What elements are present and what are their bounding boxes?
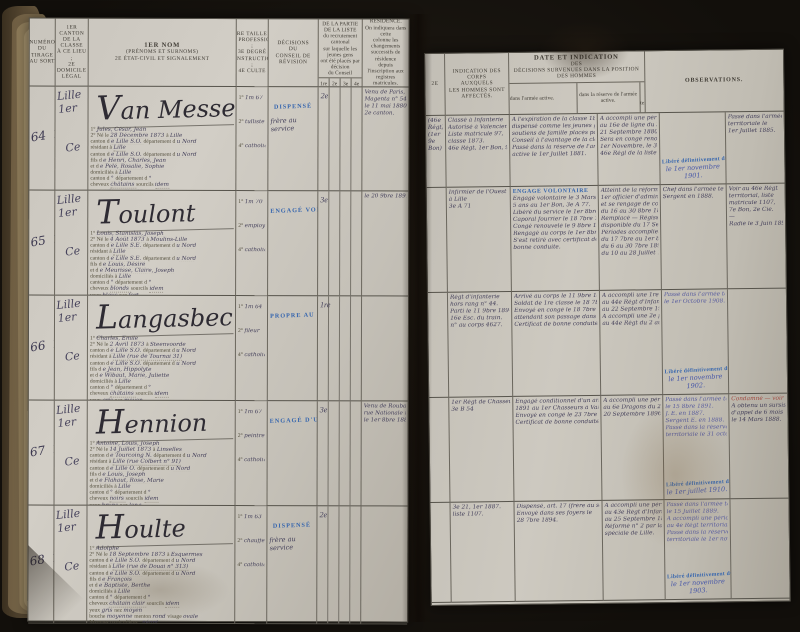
- surname-initial: T: [96, 192, 119, 232]
- corps-line: Infirmier de l'Ouest: [449, 189, 508, 197]
- cell-numero: 65114: [29, 191, 55, 296]
- liberation-stamp: Libéré définitivement du service militai…: [662, 156, 724, 183]
- territorial-line: le 1er Octobre 1908.: [664, 298, 725, 306]
- cell-territoriale: Chef dans l'armée territoriale.Sergent e…: [661, 184, 728, 290]
- civil-label: département d: [115, 176, 148, 182]
- indication-subcell: [350, 506, 360, 623]
- indication-subcell: [329, 401, 340, 505]
- cell-armee-active: Arrivé au corps le 11 9bre 1894.Soldat d…: [512, 291, 601, 397]
- cell-indication: 3e: [318, 191, 362, 296]
- observation-line: 1er Juillet 1885.: [728, 128, 782, 136]
- header-line: du tirage: [30, 46, 55, 58]
- liberation-stamp: Libéré définitivement du service militai…: [664, 366, 726, 393]
- header-line: 4e CULTE: [237, 68, 269, 74]
- cell-residence: le 20 9bre 1891.: [362, 191, 408, 296]
- active-line: 28 7bre 1894.: [517, 517, 600, 525]
- civil-value: idem: [154, 391, 168, 397]
- corps-line: 1er Régt de Chasseurs: [451, 399, 510, 407]
- register-row: Régt d'infanteriehors rang n° 44.Parti l…: [428, 289, 787, 398]
- header-line: RÉSIDENCE.: [365, 19, 407, 25]
- cell-taille-culte: 1° 1m 672° peintre4° catholique: [236, 401, 268, 506]
- subheader-armee-active: dans l'armée active.: [509, 83, 577, 114]
- header-line: ont été placés par décision: [319, 58, 362, 71]
- cell-corps: 1er Régt de Chasseurs3e B 54: [449, 397, 514, 503]
- item-value: 1m 67: [245, 95, 263, 101]
- cell-observations: Voir au 46e Régtterritorial, listematric…: [727, 184, 786, 290]
- indication-subcells: 1re: [318, 296, 361, 400]
- cell-armee-active: À l'expiration de la classe 1877 a étédi…: [510, 114, 599, 187]
- indication-subcell: [351, 296, 361, 400]
- cell-reserve: A accompli une période d'exercicesau 43e…: [602, 500, 665, 601]
- cell-indication: 2e: [317, 506, 361, 624]
- civil-label: canton d: [90, 280, 111, 286]
- col-header-taille: 1re TAILLE ;2e PROFESSION ;3e DEGRÉD'INS…: [237, 19, 269, 87]
- cell-liste-suite: [430, 503, 451, 603]
- canton-mark-top: Lille 1er: [56, 191, 87, 220]
- civil-label: canton d: [89, 595, 110, 601]
- num-tirage: 64: [30, 128, 47, 144]
- indication-subcell: 3e: [340, 401, 351, 505]
- civil-value: u Nord: [176, 256, 196, 262]
- indication-subcells: 3e: [318, 191, 361, 295]
- reserve-line: du 10 au 28 Juillet 1893.: [601, 250, 658, 258]
- cell-armee-active: Dispensé, art. 17 (frère au service).Env…: [514, 501, 603, 602]
- cell-canton: Lille 1erCe: [55, 87, 88, 191]
- civil-value: idem: [144, 496, 158, 502]
- civil-label: 2° Né le: [90, 342, 110, 348]
- civil-label: département d: [142, 570, 175, 576]
- cell-etat-civil: Hennion1° Antoine, Louis, Joseph 2° Né l…: [88, 401, 236, 506]
- item-value: catholique: [244, 352, 265, 358]
- civil-label: résidant à: [90, 354, 113, 360]
- civil-value: u Nord: [176, 243, 196, 249]
- cell-territoriale: Passé dans l'armée territorialele 1er Oc…: [662, 289, 729, 395]
- register-row: 64113Lille 1erCeVan Messen1° Jules, Césa…: [29, 87, 408, 192]
- indication-mark: 2e: [321, 91, 329, 100]
- civil-label: département d: [115, 280, 148, 286]
- taille-item: 2° fileur: [238, 328, 265, 334]
- header-line: INDICATION DES CORPS: [447, 68, 506, 81]
- cell-etat-civil: Houlte1° Adolphe 2° Né le 18 Septembre 1…: [87, 506, 235, 624]
- civil-label: canton d: [90, 348, 111, 354]
- canton-mark-bottom: Ce: [65, 140, 86, 155]
- civil-label: canton d: [89, 558, 110, 564]
- subheader-reserve: dans la réserve de l'armée active.: [577, 82, 640, 113]
- surname-initial: L: [96, 297, 119, 337]
- draw-numbers: 67116: [29, 435, 55, 459]
- active-line: bonne conduite.: [513, 244, 596, 252]
- taille-item: 2° chauffeur: [237, 538, 264, 544]
- civil-label: canton d: [90, 385, 111, 391]
- header-line: 2e ÉTAT-CIVIL ET SIGNALEMENT: [115, 55, 209, 61]
- header-line: sur laquelle les jeunes gens: [319, 46, 362, 59]
- item-value: peintre: [244, 433, 265, 439]
- corps-line: 3e B 54: [451, 406, 510, 414]
- item-value: fileur: [244, 328, 259, 334]
- cell-residence: Venu de Paris, boulevardMagenta n° 54,le…: [362, 87, 408, 191]
- header-line: 2e PROFESSION ;: [237, 37, 269, 50]
- active-line: Certificat de bonne conduite accordé.: [514, 321, 597, 329]
- liberation-stamp-date: le 1er novembre 1902.: [665, 372, 727, 391]
- cell-liste-suite: (46e Régt)(1er 9e Bon): [426, 116, 447, 188]
- liberation-stamp: Libéré définitivement du service militai…: [667, 571, 729, 598]
- decision-stamp: DISPENSÉ: [269, 521, 314, 529]
- right-page: 2e INDICATION DES CORPSauxquelsles homme…: [424, 49, 791, 606]
- cell-decision: ENGAGÉ VOLONTAIRE: [268, 191, 318, 296]
- indication-subcell: [318, 191, 329, 295]
- civil-label: domiciliés à: [90, 170, 119, 176]
- col-header-indication: INDICATIONDE LA PARTIE DE LA LISTEdu rec…: [319, 19, 363, 87]
- cell-reserve: A accompli une période d'exercicesau 16e…: [598, 113, 661, 186]
- civil-label: département d: [142, 558, 175, 564]
- civil-value: u Nord: [177, 152, 197, 158]
- indication-subcell: [351, 191, 361, 295]
- active-line: Certificat de bonne conduite accordé.: [515, 419, 598, 427]
- num-tirage: 67: [29, 443, 46, 459]
- canton-mark-bottom: Ce: [64, 559, 85, 574]
- header-line: les hommes sont affectés.: [447, 87, 506, 100]
- col-header-observations: OBSERVATIONS.: [644, 50, 783, 114]
- indication-subcells: 2e: [317, 506, 360, 623]
- canton-mark-bottom: Ce: [64, 454, 85, 469]
- territorial-line: Sergent en 1888.: [663, 193, 724, 201]
- indication-subcell: [318, 401, 329, 505]
- reserve-line: spéciale de Lille.: [605, 530, 662, 538]
- civil-label: département d: [115, 490, 148, 496]
- civil-label: canton d: [89, 570, 110, 576]
- indication-mark: 2e: [319, 510, 327, 519]
- civil-label: sourcils: [126, 496, 145, 502]
- civil-label: et d: [90, 373, 100, 379]
- cell-reserve: Atteint de la réforme le 2 Juillet 1886.…: [599, 185, 662, 291]
- col-header-canton: 1er CANTONde la classeà ce lieu ;2e DOMI…: [56, 19, 89, 87]
- indication-subcell: [340, 296, 351, 400]
- civil-label: 2° Né le: [89, 552, 109, 558]
- header-line: de la classe: [57, 37, 87, 49]
- civil-label: résidant à: [90, 459, 113, 465]
- civil-value: u Nord: [176, 571, 196, 577]
- civil-value: idem: [150, 286, 164, 292]
- header-line: 2e DOMICILE: [57, 61, 87, 73]
- cell-residence: [361, 506, 407, 624]
- observation-line: le 14 Mars 1888.: [731, 417, 785, 425]
- header-line: successifs de résidence: [365, 50, 407, 63]
- cell-indication: 2e: [318, 87, 362, 191]
- header-line: depuis l'inscription aux: [365, 62, 407, 75]
- civil-label: et d: [90, 164, 100, 170]
- indication-subcell: 1re: [318, 296, 329, 400]
- corps-line: n° au corps 4627.: [450, 322, 509, 330]
- indication-subcell: [329, 191, 340, 295]
- decision-stamp: ENGAGÉ D'UN AN: [270, 416, 315, 424]
- left-header-row: NUMÉROdu tirageau sort 1er CANTONde la c…: [30, 19, 409, 88]
- canton-mark-bottom: Ce: [65, 244, 86, 259]
- cell-corps: 3e 21, 1er 1887.liste 1107.: [450, 502, 515, 603]
- cell-canton: Lille 1erCe: [55, 191, 88, 296]
- col-header-nom: 1er NOM (PRÉNOMS ET SURNOMS)2e ÉTAT-CIVI…: [89, 19, 237, 87]
- civil-value: Lille: [113, 145, 125, 151]
- taille-item: 2° tulliste: [239, 119, 266, 125]
- taille-item: 4° catholique: [237, 562, 264, 568]
- indication-mark: 3e: [320, 195, 328, 204]
- item-value: 1m 70: [245, 199, 263, 205]
- decision-note: frère au service: [269, 534, 315, 552]
- civil-label: domiciliés à: [89, 589, 118, 595]
- civil-label: canton d: [90, 243, 111, 249]
- territorial-line: territoriale le 31 octobre 1910.: [666, 431, 727, 439]
- cell-taille-culte: 1° 1m 632° chauffeur4° catholique: [235, 506, 267, 624]
- civil-value: Lille: [113, 249, 125, 255]
- civil-label: menton: [134, 613, 152, 619]
- cell-armee-active: Engagé conditionnel d'un an le 9 9bre189…: [513, 396, 602, 502]
- cell-observations: [728, 289, 787, 395]
- item-value: catholique: [245, 143, 266, 149]
- reserve-line: 20 Septembre 1896.: [603, 411, 660, 419]
- civil-label: cheveux: [90, 286, 110, 292]
- civil-label: cheveux: [90, 182, 110, 188]
- surname-handwritten: Van Messen: [96, 87, 234, 129]
- indication-subcell: 2e: [329, 87, 340, 190]
- cell-armee-active: ENGAGÉ VOLONTAIREEngagé volontaire le 3 …: [511, 186, 600, 292]
- item-value: 1m 67: [244, 409, 262, 415]
- taille-item: 1° 1m 63: [237, 514, 264, 520]
- civil-value: idem: [165, 601, 179, 607]
- civil-label: et d: [90, 478, 100, 484]
- register-row: 1er Régt de Chasseurs3e B 54Engagé condi…: [429, 394, 788, 503]
- indication-subcell: [339, 506, 350, 623]
- header-line: colonne les changements: [365, 37, 407, 50]
- canton-mark-top: Lille 1er: [55, 506, 86, 535]
- surname-handwritten: Langasbecq: [96, 296, 234, 338]
- decision-stamp: ENGAGÉ VOLONTAIRE: [270, 206, 315, 214]
- civil-label: et d: [89, 583, 99, 589]
- cell-taille-culte: 1° 1m 672° tulliste4° catholique: [236, 87, 268, 191]
- draw-numbers: 64113: [30, 121, 56, 145]
- header-line: On indiquera dans cette: [365, 25, 407, 38]
- civil-line: Marques particulières : néant: [89, 620, 232, 625]
- civil-label: 2° Né le: [90, 447, 110, 453]
- header-line: 1er CANTON: [57, 24, 87, 36]
- cell-decision: DISPENSÉfrère au service: [268, 87, 318, 191]
- civil-label: fils d: [90, 261, 103, 267]
- active-line: Envoyé dans ses foyers le: [517, 510, 600, 518]
- civil-label: canton d: [90, 139, 111, 145]
- cell-residence: [362, 296, 408, 401]
- num-tirage: 66: [29, 338, 46, 354]
- civil-label: canton d: [90, 151, 111, 157]
- header-line: CONSEIL DE RÉVISION: [271, 53, 316, 66]
- surname-initial: H: [95, 402, 125, 442]
- col-header-corps: INDICATION DES CORPSauxquelsles hommes s…: [445, 53, 510, 116]
- taille-item: 1° 1m 64: [238, 304, 265, 310]
- cell-numero: 67116: [29, 401, 55, 506]
- header-line: D'INSTRUCTION ;: [237, 56, 269, 69]
- col-header-date-indication: DATE ET INDICATION desDÉCISIONS SURVENUE…: [509, 51, 645, 115]
- taille-item: 4° catholique: [238, 143, 265, 149]
- decision-stamp: DISPENSÉ: [270, 102, 315, 110]
- civil-label: domiciliés à: [90, 274, 119, 280]
- civil-value: u Nord: [187, 453, 207, 459]
- indication-mark: 1re: [320, 300, 330, 309]
- taille-item: 4° catholique: [238, 457, 265, 463]
- register-row: 3e 21, 1er 1887.liste 1107.Dispensé, art…: [430, 499, 789, 603]
- cell-taille-culte: 1° 1m 702° employé4° catholique: [236, 191, 268, 296]
- civil-label: canton d: [90, 360, 111, 366]
- header-line: 3e DEGRÉ: [237, 49, 269, 55]
- liste-note: (1er 9e Bon): [428, 132, 443, 153]
- civil-label: département d: [143, 243, 176, 249]
- header-line: (PRÉNOMS ET SURNOMS): [115, 49, 209, 55]
- item-value: 1m 64: [244, 304, 262, 310]
- cell-decision: DISPENSÉfrère au service: [267, 506, 317, 624]
- cell-territoriale: Passé dans l'armée territorialele 15 Jui…: [664, 499, 731, 600]
- civil-label: et d: [90, 268, 100, 274]
- cell-numero: 66115: [29, 296, 55, 401]
- civil-label: fils d: [90, 366, 103, 372]
- civil-label: domiciliés à: [90, 379, 119, 385]
- cell-decision: PROPRE AU SERVICE: [268, 296, 318, 401]
- col-header-liste-suite: 2e: [425, 54, 446, 116]
- civil-label: domiciliés à: [90, 484, 119, 490]
- civil-label: cheveux: [90, 391, 110, 397]
- left-entries: 64113Lille 1erCeVan Messen1° Jules, Césa…: [28, 87, 408, 625]
- surname-handwritten: Houlte: [95, 506, 233, 548]
- civil-label: 2° Né le: [90, 237, 110, 243]
- header-line: registres matricules.: [365, 75, 407, 88]
- item-value: catholique: [244, 562, 265, 568]
- taille-item: 2° employé: [238, 223, 265, 229]
- civil-label: résidant à: [90, 249, 113, 255]
- indication-subcell: 3e: [340, 191, 351, 295]
- civil-label: nez: [114, 607, 123, 613]
- civil-label: département d: [115, 385, 148, 391]
- civil-label: canton d: [90, 465, 111, 471]
- liberation-stamp-date: le 1er novembre 1901.: [662, 162, 724, 181]
- indication-subcolumns: 1re2e3e4e: [319, 77, 362, 88]
- civil-label: sourcils: [136, 391, 155, 397]
- taille-item: 4° catholique: [238, 352, 265, 358]
- cell-reserve: A accompli une 1re période d'exercicesau…: [600, 290, 663, 396]
- indication-subcell: 2e: [328, 506, 339, 623]
- cell-corps: Régt d'infanteriehors rang n° 44.Parti l…: [448, 292, 513, 398]
- civil-label: canton d: [90, 255, 111, 261]
- cell-taille-culte: 1° 1m 642° fileur4° catholique: [236, 296, 268, 401]
- cell-corps: Classé à InfanterieAutorisé à Valencienn…: [446, 115, 511, 188]
- civil-label: canton d: [90, 490, 111, 496]
- civil-value: idem: [155, 182, 169, 188]
- reserve-line: 46e Régl de la liste matricule 1107.: [600, 150, 657, 158]
- header-line: du recrutement cantonal: [319, 33, 362, 46]
- territorial-line: territoriale le 1er novembre 1897.: [667, 536, 728, 544]
- corps-line: 3e A 71: [449, 203, 508, 211]
- indication-subcell: [340, 87, 351, 190]
- cell-decision: ENGAGÉ D'UN AN: [268, 401, 318, 506]
- col-header-residence: RÉSIDENCE.On indiquera dans cettecolonne…: [363, 19, 409, 87]
- indication-subcol-header: 1re: [319, 78, 330, 88]
- cell-indication: 1re: [318, 296, 362, 401]
- civil-label: département d: [143, 139, 176, 145]
- cell-liste-suite: [429, 398, 450, 503]
- indication-subcell: [351, 87, 361, 190]
- civil-value: u Nord: [176, 361, 196, 367]
- liberation-stamp-date: le 1er novembre 1903.: [667, 577, 729, 596]
- indication-subcell: [317, 506, 328, 623]
- header-line: au sort: [30, 58, 55, 64]
- draw-numbers: 66115: [29, 330, 55, 354]
- taille-item: 1° 1m 67: [238, 409, 265, 415]
- right-header-row: 2e INDICATION DES CORPSauxquelsles homme…: [425, 50, 784, 116]
- observation-line: Radié le 3 Juin 1895.: [729, 221, 783, 229]
- cell-numero: 64113: [29, 87, 55, 191]
- civil-label: département d: [143, 360, 176, 366]
- indication-subcells: 3e: [318, 401, 361, 505]
- indication-subcell: [318, 87, 329, 190]
- indication-subcol-header: 2e: [330, 78, 341, 88]
- cell-residence: Venu de Roubaix,rue Nationale n° 7,le 1e…: [362, 401, 408, 506]
- civil-label: cheveux: [89, 601, 109, 607]
- draw-numbers: 65114: [30, 225, 56, 249]
- civil-value: néant: [142, 620, 158, 624]
- residence-line: le 20 9bre 1891.: [364, 193, 406, 200]
- corps-line: 46e Régt, 1er Bon, 9e Cie.: [448, 145, 507, 153]
- cell-observations: Passé dans l'arméeterritoriale le1er Jui…: [726, 112, 785, 185]
- surname-initial: V: [96, 88, 121, 128]
- register-row: (46e Régt)(1er 9e Bon)Classé à Infanteri…: [426, 112, 785, 188]
- header-line: DÉCISIONS SURVENUES DANS LA POSITION DES…: [509, 66, 644, 80]
- cell-etat-civil: Langasbecq1° Charles, Émile 2° Né le 2 A…: [88, 296, 236, 401]
- item-value: catholique: [244, 457, 265, 463]
- civil-label: sourcils: [131, 286, 150, 292]
- register-row: 65114Lille 1erCeToulont1° Louis, Stanisl…: [29, 191, 408, 297]
- indication-subcell: [329, 296, 340, 400]
- col-header-numero: NUMÉROdu tirageau sort: [30, 19, 56, 87]
- civil-value: ovale: [183, 614, 198, 620]
- cell-canton: Lille 1erCe: [55, 296, 88, 401]
- civil-label: résidant à: [90, 145, 113, 151]
- decision-stamp: PROPRE AU SERVICE: [270, 311, 315, 319]
- civil-label: département d: [143, 151, 176, 157]
- civil-label: cheveux: [90, 496, 110, 502]
- liste-note: (46e Régt): [428, 118, 443, 132]
- civil-label: canton d: [90, 453, 111, 459]
- cell-liste-suite: [427, 188, 448, 293]
- surname-handwritten: Toulont: [96, 191, 234, 233]
- civil-label: sourcils: [136, 182, 155, 188]
- cell-corps: Infirmier de l'Ouestà Lille3e A 71: [447, 187, 512, 293]
- decision-note: frère au service: [270, 115, 316, 133]
- header-line: à ce lieu ;: [57, 49, 87, 61]
- cell-territoriale: Libéré définitivement du service militai…: [660, 112, 727, 185]
- left-page: NUMÉROdu tirageau sort 1er CANTONde la c…: [27, 18, 410, 623]
- civil-label: fils d: [89, 576, 102, 582]
- civil-label: département d: [143, 348, 176, 354]
- cell-observations: Condamné — voir au registre spécial.A ob…: [729, 394, 788, 500]
- civil-label: fils d: [90, 157, 103, 163]
- civil-label: à: [167, 552, 171, 558]
- canton-mark-bottom: Ce: [64, 349, 85, 364]
- civil-value: u Nord: [177, 139, 197, 145]
- cell-territoriale: Passé dans l'armée territorialele 15 8br…: [663, 394, 730, 500]
- taille-item: 1° 1m 70: [238, 199, 265, 205]
- civil-value: u Nord: [170, 465, 190, 471]
- register-row: Infirmier de l'Ouestà Lille3e A 71ENGAGÉ…: [427, 184, 786, 293]
- taille-item: 4° catholique: [238, 247, 265, 253]
- indication-subcells: 2e: [318, 87, 361, 190]
- residence-line: 2e canton.: [365, 110, 407, 117]
- indication-mark: 3e: [320, 405, 328, 414]
- civil-label: fils d: [90, 471, 103, 477]
- indication-subcell: [351, 401, 361, 505]
